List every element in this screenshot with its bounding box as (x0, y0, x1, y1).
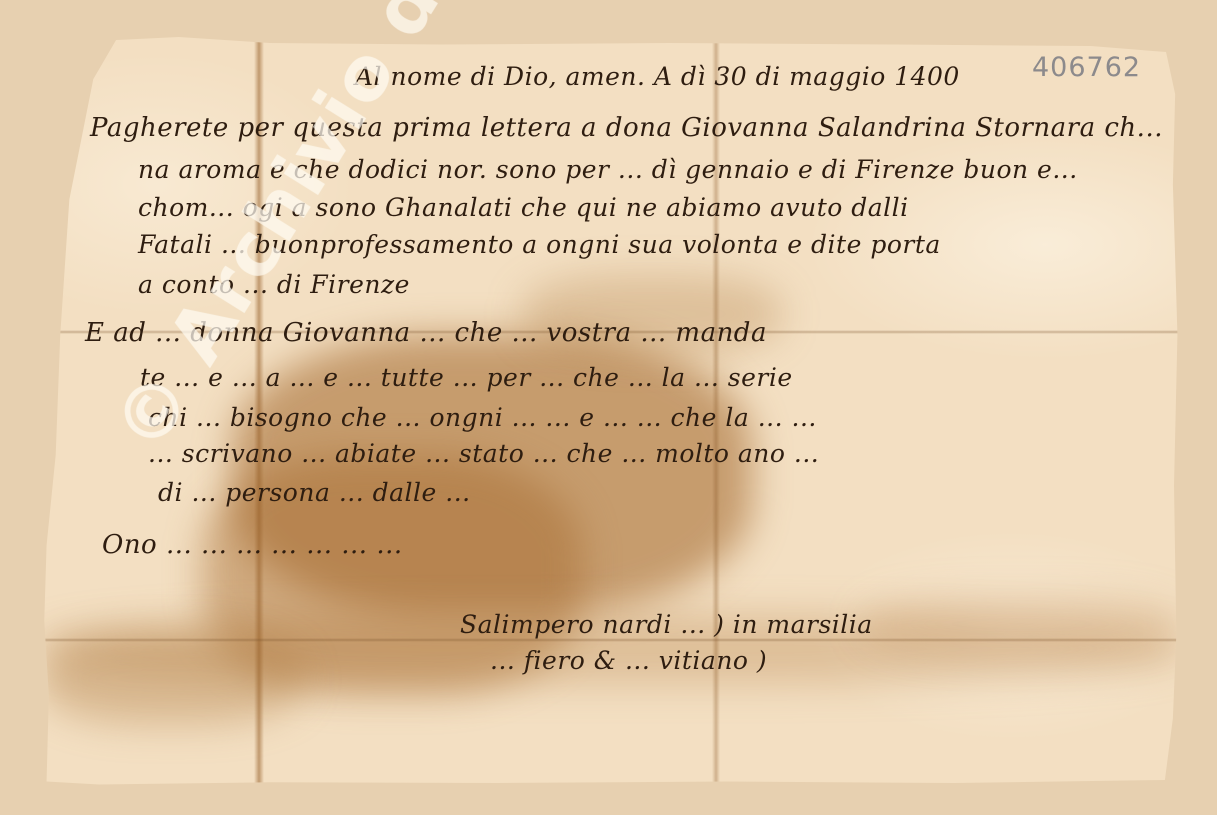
letter-line: Ono ... ... ... ... ... ... ... (102, 530, 403, 560)
letter-line: Pagherete per questa prima lettera a don… (90, 113, 1163, 143)
signature-line: Salimpero nardi ... ) in marsilia (460, 610, 873, 639)
letter-line: chi ... bisogno che ... ongni ... ... e … (148, 403, 817, 432)
letter-line: te ... e ... a ... e ... tutte ... per .… (140, 363, 793, 392)
letter-line: di ... persona ... dalle ... (158, 478, 471, 507)
signature-line: ... fiero & ... vitiano ) (490, 646, 767, 675)
water-stain (862, 594, 1182, 654)
letter-heading: Al nome di Dio, amen. A dì 30 di maggio … (355, 62, 960, 91)
archive-number: 406762 (1032, 52, 1141, 83)
letter-line: ... scrivano ... abiate ... stato ... ch… (148, 439, 819, 468)
